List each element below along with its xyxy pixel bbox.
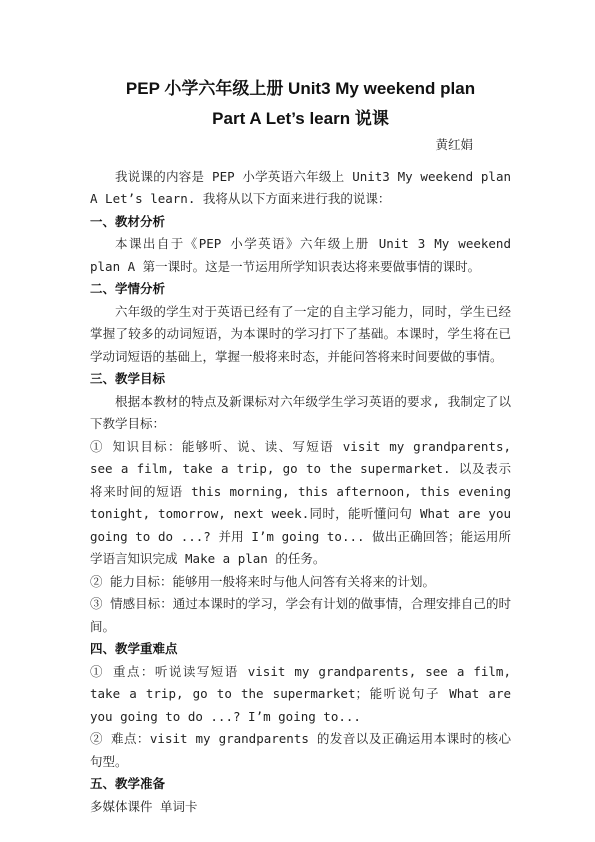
section-paragraph: 根据本教材的特点及新课标对六年级学生学习英语的要求, 我制定了以下教学目标：: [90, 391, 511, 436]
section-paragraph: 六年级的学生对于英语已经有了一定的自主学习能力，同时，学生已经掌握了较多的动词短…: [90, 301, 511, 369]
intro-paragraph: 我说课的内容是 PEP 小学英语六年级上 Unit3 My weekend pl…: [90, 166, 511, 211]
section-paragraph: 多媒体课件 单词卡: [90, 796, 511, 819]
difficult-point-item: ② 难点：visit my grandparents 的发音以及正确运用本课时的…: [90, 728, 511, 773]
goal-item-emotion: ③ 情感目标：通过本课时的学习，学会有计划的做事情，合理安排自己的时间。: [90, 593, 511, 638]
goal-item-ability: ② 能力目标：能够用一般将来时与他人问答有关将来的计划。: [90, 571, 511, 594]
document-page: PEP 小学六年级上册 Unit3 My weekend plan Part A…: [0, 0, 595, 842]
section-heading-teaching-goals: 三、教学目标: [90, 368, 511, 391]
section-heading-teaching-preparation: 五、教学准备: [90, 773, 511, 796]
section-heading-key-difficult-points: 四、教学重难点: [90, 638, 511, 661]
document-title-line1: PEP 小学六年级上册 Unit3 My weekend plan: [90, 74, 511, 104]
section-paragraph: 本课出自于《PEP 小学英语》六年级上册 Unit 3 My weekend p…: [90, 233, 511, 278]
key-point-item: ① 重点：听说读写短语 visit my grandparents, see a…: [90, 661, 511, 729]
author-name: 黄红娟: [90, 134, 511, 157]
section-heading-material-analysis: 一、教材分析: [90, 211, 511, 234]
goal-item-knowledge: ① 知识目标：能够听、说、读、写短语 visit my grandparents…: [90, 436, 511, 571]
section-heading-learner-analysis: 二、学情分析: [90, 278, 511, 301]
document-title-line2: Part A Let’s learn 说课: [90, 104, 511, 134]
